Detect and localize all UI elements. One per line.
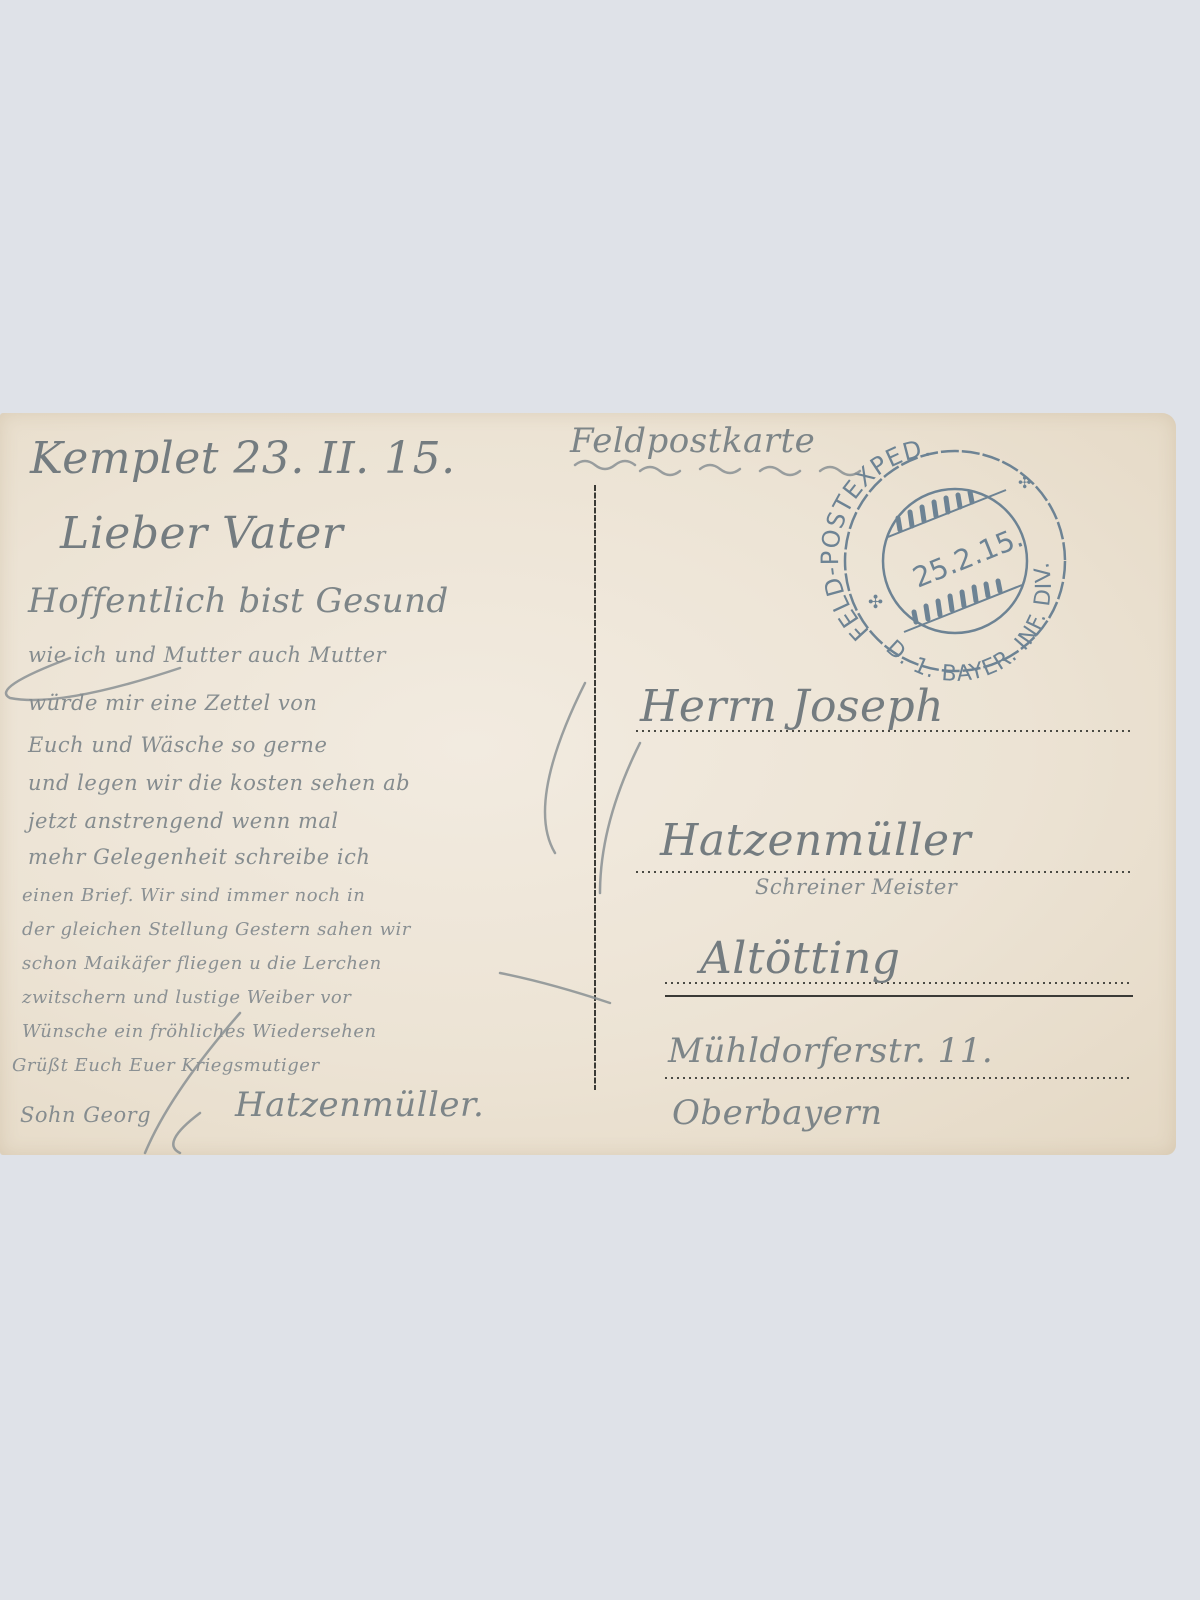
signature-prefix: Sohn Georg xyxy=(20,1103,151,1127)
message-place-date: Kemplet 23. II. 15. xyxy=(30,433,456,484)
message-line: einen Brief. Wir sind immer noch in xyxy=(22,885,365,906)
postmark-ornament-right: ✣ xyxy=(1018,473,1031,492)
address-recipient: Herrn Joseph xyxy=(640,681,944,732)
message-line: Hoffentlich bist Gesund xyxy=(28,581,449,621)
message-line: mehr Gelegenheit schreibe ich xyxy=(28,845,370,869)
message-line: Wünsche ein fröhliches Wiedersehen xyxy=(22,1021,377,1042)
message-line: schon Maikäfer fliegen u die Lerchen xyxy=(22,953,382,974)
postmark-bottom-text: D. 1. BAYER. INF. DIV. xyxy=(881,559,1057,687)
address-street: Mühldorferstr. 11. xyxy=(668,1031,993,1071)
message-salutation: Lieber Vater xyxy=(60,508,343,559)
address-occupation: Schreiner Meister xyxy=(755,875,957,899)
message-line: zwitschern und lustige Weiber vor xyxy=(22,987,351,1008)
postmark-ornament-left: ✣ xyxy=(868,592,883,613)
postcard: FELD-POSTEXPED. D. 1. BAYER. INF. DIV. ✣… xyxy=(0,413,1176,1155)
svg-text:D. 1. BAYER. INF. DIV.: D. 1. BAYER. INF. DIV. xyxy=(881,559,1057,687)
message-line: jetzt anstrengend wenn mal xyxy=(28,809,339,833)
message-line: und legen wir die kosten sehen ab xyxy=(28,771,410,795)
address-region: Oberbayern xyxy=(672,1093,883,1133)
address-town: Altötting xyxy=(700,933,900,984)
card-type-label: Feldpostkarte xyxy=(570,421,815,461)
message-line: Euch und Wäsche so gerne xyxy=(28,733,327,757)
message-line: wie ich und Mutter auch Mutter xyxy=(28,643,386,667)
signature-name: Hatzenmüller. xyxy=(235,1085,484,1125)
message-line: Grüßt Euch Euer Kriegsmutiger xyxy=(12,1055,320,1076)
address-surname: Hatzenmüller xyxy=(660,815,971,866)
message-line: würde mir eine Zettel von xyxy=(28,691,317,715)
message-line: der gleichen Stellung Gestern sahen wir xyxy=(22,919,411,940)
